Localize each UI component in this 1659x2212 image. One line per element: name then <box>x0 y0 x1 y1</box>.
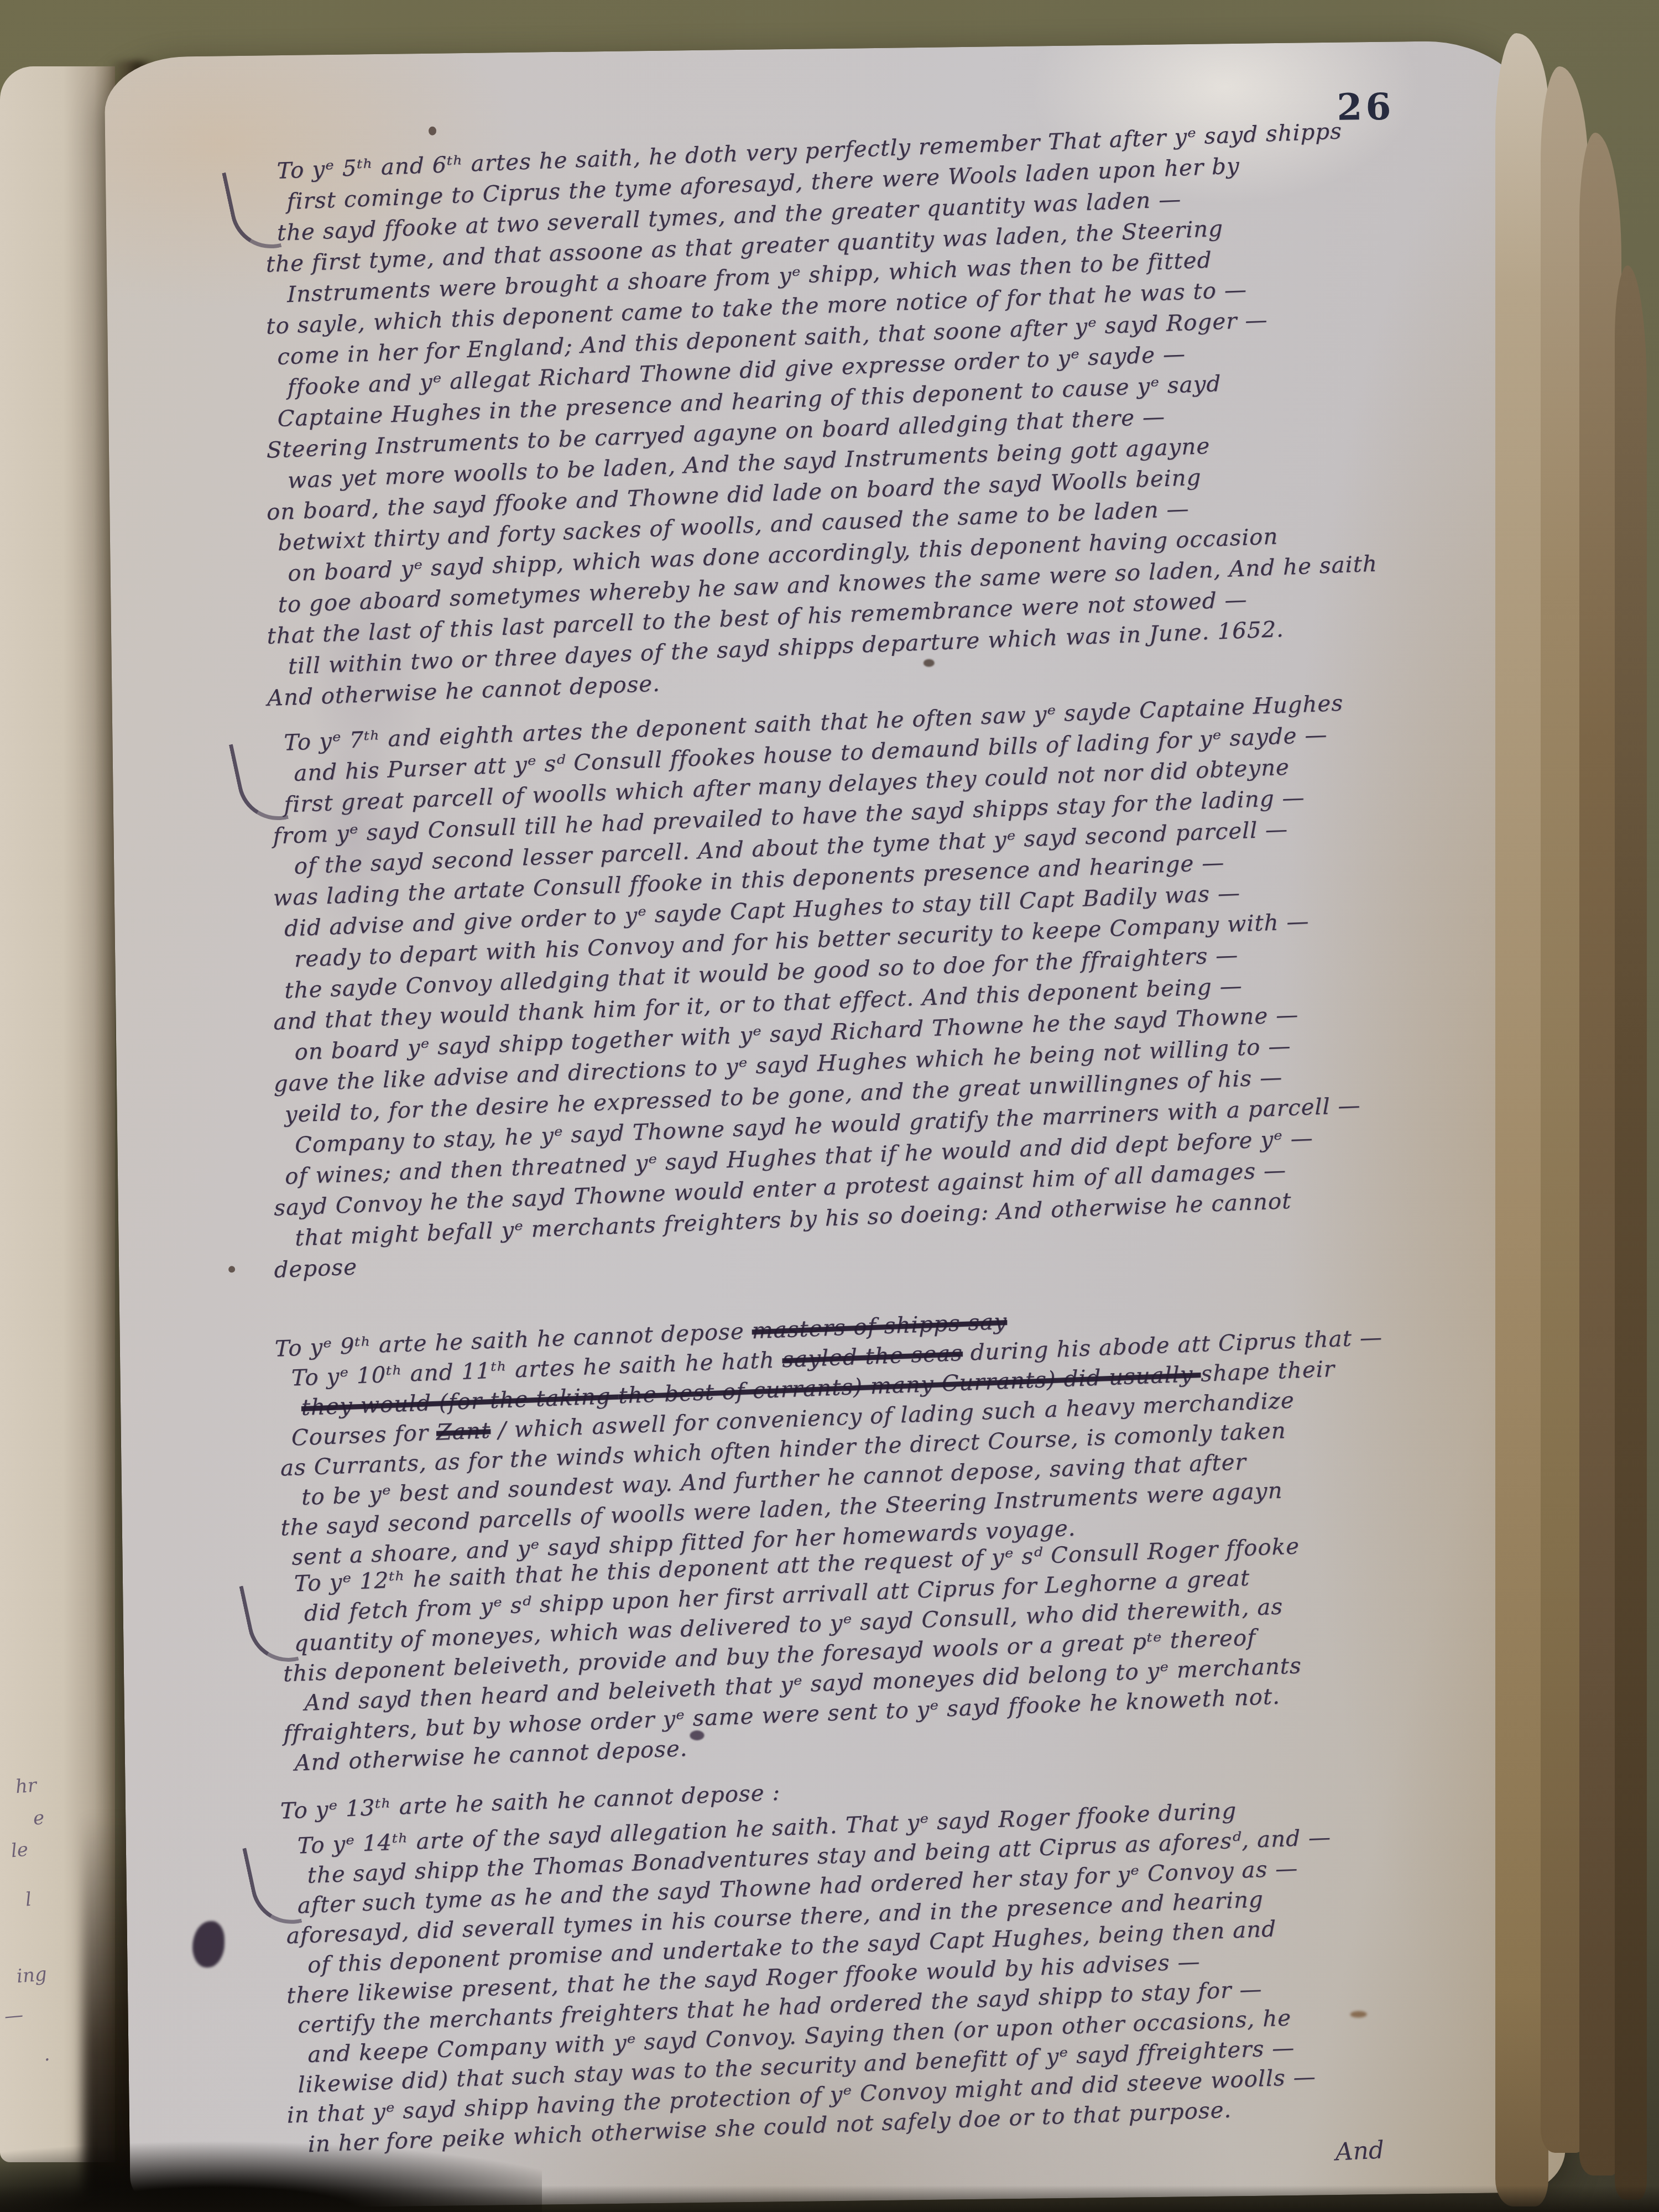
struck-text-run: Zant <box>436 1418 491 1446</box>
struck-text-run: sayled the seas <box>782 1340 962 1373</box>
deposition-paragraph-articles-5-6: To yᵉ 5ᵗʰ and 6ᵗʰ artes he saith, he dot… <box>266 114 1378 714</box>
deposition-paragraph-article-12: To yᵉ 12ᵗʰ he saith that he this deponen… <box>283 1531 1302 1778</box>
fore-edge-strip <box>1615 265 1647 2200</box>
manuscript-page: 26 To yᵉ 5ᵗʰ and 6ᵗʰ artes he saith, he … <box>104 40 1566 2209</box>
pen-flourish <box>229 734 289 829</box>
struck-text-run: the best <box>618 1379 722 1408</box>
stain-speck <box>429 127 436 135</box>
fore-edge-pages <box>1486 33 1659 2206</box>
facing-page-text-fragment: ing <box>15 1963 48 1988</box>
text-run: depose <box>274 1254 357 1283</box>
ink-blot <box>192 1921 225 1968</box>
facing-page-text-fragment: · <box>43 2049 51 2072</box>
pen-flourish <box>239 1576 299 1671</box>
deposition-paragraph-articles-7-8: To yᵉ 7ᵗʰ and eighth artes the deponent … <box>273 687 1361 1286</box>
table-shadow-band <box>0 2185 1659 2212</box>
deposition-paragraph-article-14: To yᵉ 14ᵗʰ arte of the sayd allegation h… <box>286 1792 1332 2160</box>
facing-page-text-fragment: e <box>32 1807 45 1830</box>
facing-page-text-fragment: l <box>24 1888 32 1911</box>
facing-page-text-fragment: — <box>3 2004 24 2028</box>
pen-flourish <box>242 1838 302 1933</box>
stain-speck <box>228 1266 235 1272</box>
facing-page-text-fragment: hr <box>14 1774 37 1798</box>
photograph-backdrop: hreleling—· 26 To yᵉ 5ᵗʰ and 6ᵗʰ artes h… <box>0 0 1659 2212</box>
deposition-paragraph-articles-9-10-11: To yᵉ 9ᵗʰ arte he saith he cannot depose… <box>280 1292 1383 1573</box>
catchword: And <box>1335 2136 1385 2166</box>
struck-text-run: of currants) <box>722 1374 870 1405</box>
text-run: Courses for <box>291 1420 436 1451</box>
text-run: shape their <box>1201 1357 1335 1387</box>
facing-page-text-fragment: le <box>10 1839 29 1863</box>
stain-speck <box>1350 2011 1367 2017</box>
pen-flourish <box>222 163 281 257</box>
